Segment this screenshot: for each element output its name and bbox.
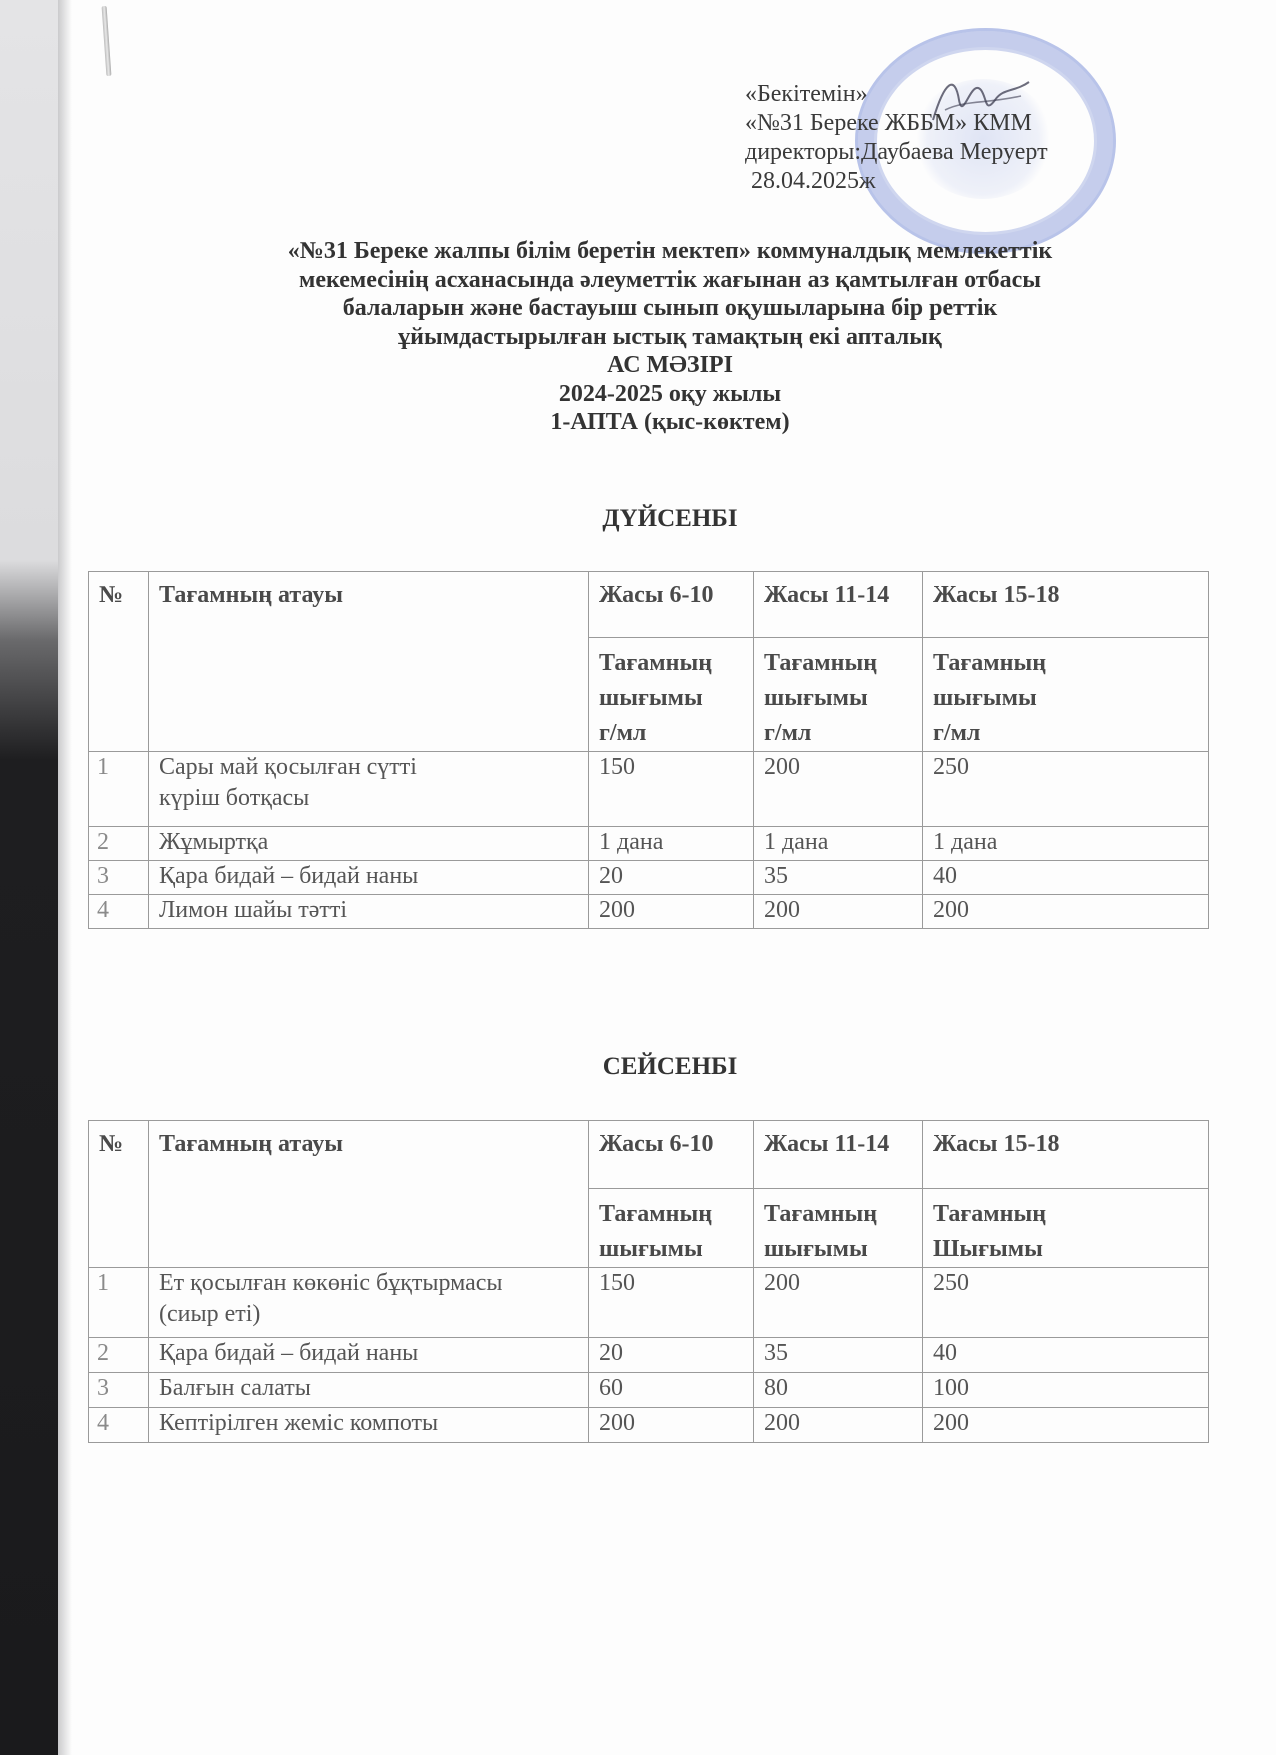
table-row: 1 Ет қосылған көкөніс бұқтырмасы(сиыр ет… bbox=[89, 1268, 1209, 1338]
value-age-11-14: 35 bbox=[754, 1338, 923, 1373]
subheader-yield: Тағамныңшығымы bbox=[589, 1189, 754, 1268]
title-line: «№31 Береке жалпы білім беретін мектеп» … bbox=[200, 237, 1140, 266]
subheader-yield: Тағамныңшығымыг/мл bbox=[754, 638, 923, 752]
value-age-15-18: 200 bbox=[923, 1408, 1209, 1443]
value-age-15-18: 250 bbox=[923, 752, 1209, 827]
value-age-15-18: 40 bbox=[923, 1338, 1209, 1373]
value-age-11-14: 80 bbox=[754, 1373, 923, 1408]
value-age-6-10: 150 bbox=[589, 752, 754, 827]
menu-table-monday: № Тағамның атауы Жасы 6-10 Жасы 11-14 Жа… bbox=[88, 571, 1209, 929]
subheader-yield: Тағамныңшығымы bbox=[754, 1189, 923, 1268]
value-age-11-14: 200 bbox=[754, 895, 923, 929]
dish-name: Ет қосылған көкөніс бұқтырмасы(сиыр еті) bbox=[149, 1268, 589, 1338]
table-header-row: № Тағамның атауы Жасы 6-10 Жасы 11-14 Жа… bbox=[89, 1121, 1209, 1189]
table-row: 2 Қара бидай – бидай наны 20 35 40 bbox=[89, 1338, 1209, 1373]
dish-name: Сары май қосылған сүттікүріш ботқасы bbox=[149, 752, 589, 827]
approval-block: «Бекітемін» «№31 Береке ЖББМ» КММ директ… bbox=[745, 80, 1048, 196]
row-number: 1 bbox=[89, 752, 149, 827]
document-title: «№31 Береке жалпы білім беретін мектеп» … bbox=[200, 237, 1140, 437]
table-row: 3 Қара бидай – бидай наны 20 35 40 bbox=[89, 861, 1209, 895]
dish-name: Қара бидай – бидай наны bbox=[149, 861, 589, 895]
header-number: № bbox=[89, 572, 149, 752]
dish-name: Қара бидай – бидай наны bbox=[149, 1338, 589, 1373]
row-number: 3 bbox=[89, 861, 149, 895]
header-age-11-14: Жасы 11-14 bbox=[754, 1121, 923, 1189]
value-age-11-14: 1 дана bbox=[754, 827, 923, 861]
value-age-15-18: 100 bbox=[923, 1373, 1209, 1408]
dish-name: Кептірілген жеміс компоты bbox=[149, 1408, 589, 1443]
table-row: 1 Сары май қосылған сүттікүріш ботқасы 1… bbox=[89, 752, 1209, 827]
day-heading-tuesday: СЕЙСЕНБІ bbox=[200, 1053, 1140, 1081]
subheader-yield: Тағамныңшығымыг/мл bbox=[589, 638, 754, 752]
row-number: 2 bbox=[89, 827, 149, 861]
day-heading-monday: ДҮЙСЕНБІ bbox=[200, 505, 1140, 533]
value-age-6-10: 20 bbox=[589, 1338, 754, 1373]
header-age-15-18: Жасы 15-18 bbox=[923, 1121, 1209, 1189]
header-age-11-14: Жасы 11-14 bbox=[754, 572, 923, 638]
table-header-row: № Тағамның атауы Жасы 6-10 Жасы 11-14 Жа… bbox=[89, 572, 1209, 638]
header-number: № bbox=[89, 1121, 149, 1268]
subheader-yield: ТағамныңШығымы bbox=[923, 1189, 1209, 1268]
value-age-11-14: 200 bbox=[754, 1408, 923, 1443]
approval-organization: «№31 Береке ЖББМ» КММ bbox=[745, 109, 1048, 138]
week-label: 1-АПТА (қыс-көктем) bbox=[200, 408, 1140, 437]
table-row: 4 Кептірілген жеміс компоты 200 200 200 bbox=[89, 1408, 1209, 1443]
title-line: ұйымдастырылған ыстық тамақтың екі аптал… bbox=[200, 323, 1140, 352]
dish-name: Жұмыртқа bbox=[149, 827, 589, 861]
row-number: 2 bbox=[89, 1338, 149, 1373]
approval-heading: «Бекітемін» bbox=[745, 80, 1048, 109]
approval-director: директоры:Даубаева Меруерт bbox=[745, 138, 1048, 167]
header-dish-name: Тағамның атауы bbox=[149, 572, 589, 752]
value-age-11-14: 200 bbox=[754, 752, 923, 827]
dish-name: Лимон шайы тәтті bbox=[149, 895, 589, 929]
row-number: 1 bbox=[89, 1268, 149, 1338]
staple-mark bbox=[102, 6, 112, 76]
table-row: 2 Жұмыртқа 1 дана 1 дана 1 дана bbox=[89, 827, 1209, 861]
value-age-6-10: 20 bbox=[589, 861, 754, 895]
value-age-11-14: 35 bbox=[754, 861, 923, 895]
title-line: мекемесінің асханасында әлеуметтік жағын… bbox=[200, 266, 1140, 295]
row-number: 3 bbox=[89, 1373, 149, 1408]
value-age-6-10: 150 bbox=[589, 1268, 754, 1338]
table-row: 4 Лимон шайы тәтті 200 200 200 bbox=[89, 895, 1209, 929]
value-age-6-10: 60 bbox=[589, 1373, 754, 1408]
menu-heading: АС МӘЗІРІ bbox=[200, 351, 1140, 380]
approval-date: 28.04.2025ж bbox=[745, 167, 1048, 196]
row-number: 4 bbox=[89, 895, 149, 929]
value-age-6-10: 1 дана bbox=[589, 827, 754, 861]
dish-name: Балғын салаты bbox=[149, 1373, 589, 1408]
header-age-6-10: Жасы 6-10 bbox=[589, 572, 754, 638]
row-number: 4 bbox=[89, 1408, 149, 1443]
value-age-11-14: 200 bbox=[754, 1268, 923, 1338]
value-age-15-18: 250 bbox=[923, 1268, 1209, 1338]
header-age-15-18: Жасы 15-18 bbox=[923, 572, 1209, 638]
value-age-15-18: 1 дана bbox=[923, 827, 1209, 861]
value-age-6-10: 200 bbox=[589, 895, 754, 929]
table-row: 3 Балғын салаты 60 80 100 bbox=[89, 1373, 1209, 1408]
value-age-15-18: 200 bbox=[923, 895, 1209, 929]
value-age-6-10: 200 bbox=[589, 1408, 754, 1443]
value-age-15-18: 40 bbox=[923, 861, 1209, 895]
scan-shadow-edge bbox=[0, 0, 58, 1755]
header-age-6-10: Жасы 6-10 bbox=[589, 1121, 754, 1189]
subheader-yield: Тағамныңшығымыг/мл bbox=[923, 638, 1209, 752]
title-line: балаларын және бастауыш сынып оқушыларын… bbox=[200, 294, 1140, 323]
header-dish-name: Тағамның атауы bbox=[149, 1121, 589, 1268]
menu-table-tuesday: № Тағамның атауы Жасы 6-10 Жасы 11-14 Жа… bbox=[88, 1120, 1209, 1443]
school-year: 2024-2025 оқу жылы bbox=[200, 380, 1140, 409]
